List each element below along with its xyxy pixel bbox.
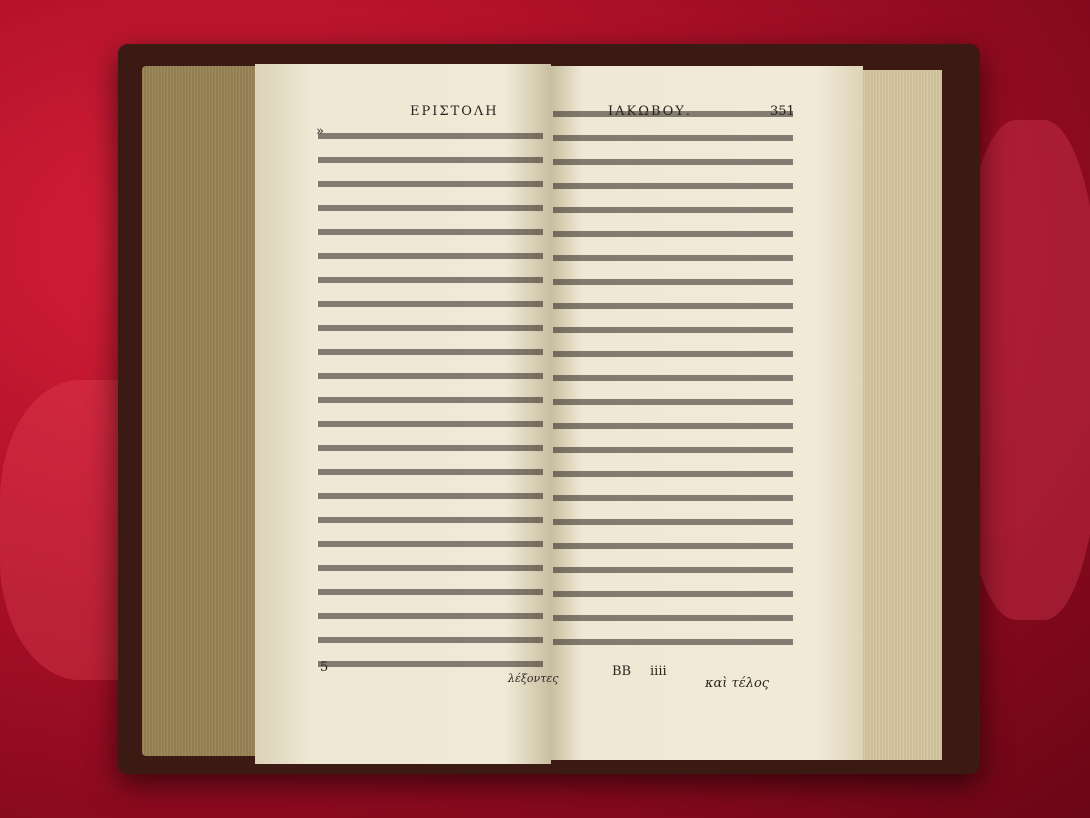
page-edges-left [142,66,262,756]
catchword: λέξοντες [508,672,558,685]
line-marker: » [316,124,324,139]
right-text-block [553,102,793,662]
signature-mark: BB [612,664,631,679]
left-page-header: ΕΡΙΣΤΟΛΗ [410,104,499,119]
signature-number: iiii [650,664,667,679]
left-text-block [318,124,543,684]
closing-text: καὶ τέλος [705,676,769,691]
page-edges-right [860,70,942,760]
margin-number: 5 [320,660,328,675]
